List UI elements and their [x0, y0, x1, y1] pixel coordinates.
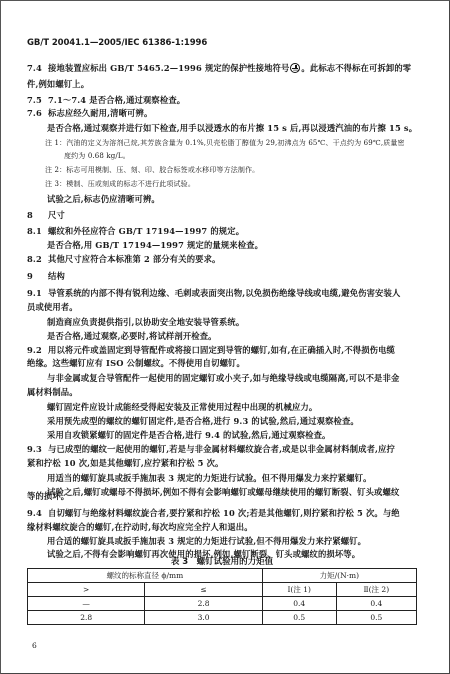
clause-9-2-p4: 采用预先成型的螺纹的螺钉固定件,是否合格,进行 9.3 的试验,然后,通过观察检… — [47, 415, 359, 427]
clause-9-3-p2: 用适当的螺钉旋具或扳手施加表 3 规定的力矩进行试验。但不得用爆发力来拧紧螺钉。 — [47, 472, 372, 484]
clause-9-1-p2: 制造商应负责提供指引,以协助安全地安装导管系统。 — [47, 316, 244, 328]
clause-9-2: 9.2用以将元件或盖固定到导管配件或将接口固定到导管的螺钉,如有,在正确插入时,… — [27, 344, 395, 356]
section-8-heading: 8尺寸 — [27, 209, 65, 221]
clause-9-4-cont: 缘材料螺纹旋合的螺钉,在拧动时,每次均应完全拧人和退出。 — [27, 521, 253, 533]
table-group-header-row: 螺纹的标称直径 ϕ/mm 力矩/(N·m) — [28, 569, 417, 583]
table-cell: 3.0 — [145, 611, 262, 625]
table-3-caption: 表 3 螺钉试验用的力矩值 — [27, 555, 417, 567]
standard-header: GB/T 20041.1—2005/IEC 61386-1:1996 — [27, 38, 207, 48]
clause-9-3-p3-cont: 等的损坏。 — [27, 490, 69, 502]
table-cell: 2.8 — [28, 611, 145, 625]
clause-9-2-p5: 采用自攻锁紧螺钉的固定件是否合格,进行 9.4 的试验,然后,通过观察检查。 — [47, 429, 331, 441]
note-1: 注 1：汽油的定义为溶剂己烷,其芳族含量为 0.1%,贝壳松脂丁醇值为 29,初… — [45, 138, 405, 148]
clause-9-2-p2: 与非金属或复合导管配件一起使用的固定螺钉或小夹子,如与绝缘导线或电缆隔离,可以不… — [47, 372, 399, 384]
clause-8-2: 8.2其他尺寸应符合本标准第 2 部分有关的要求。 — [27, 253, 221, 265]
table-header-le: ≤ — [145, 583, 262, 597]
table-sub-header-row: > ≤ Ⅰ(注 1) Ⅱ(注 2) — [28, 583, 417, 597]
table-cell: 0.4 — [262, 597, 336, 611]
clause-9-4-p2: 用合适的螺钉旋具或扳手施加表 3 规定的力矩进行试验,但不得用爆发力来拧紧螺钉。 — [47, 535, 366, 547]
protective-earth-icon — [290, 63, 300, 73]
clause-9-1: 9.1导管系统的内部不得有锐利边缘、毛刺或表面突出物,以免损伤绝缘导线或电缆,避… — [27, 287, 400, 299]
note-3: 注 3：模制、压或刻成的标志不进行此项试验。 — [45, 179, 195, 189]
table-cell: 0.4 — [336, 597, 416, 611]
clause-7-5: 7.57.1～7.4 是否合格,通过观察检查。 — [27, 94, 185, 106]
clause-9-2-p3: 螺钉固定件应设计成能经受得起安装及正常使用过程中出现的机械应力。 — [47, 401, 317, 413]
clause-7-6-after: 试验之后,标志仍应清晰可辨。 — [47, 193, 160, 205]
clause-8-1-check: 是否合格,用 GB/T 17194—1997 规定的量规来检查。 — [47, 239, 263, 251]
table-cell: — — [28, 597, 145, 611]
clause-9-2-p2-cont: 属材料制品。 — [27, 386, 78, 398]
note-2: 注 2：标志可用模制、压、刻、印、胶合标签或水移印等方法制作。 — [45, 165, 259, 175]
clause-8-1: 8.1螺纹和外径应符合 GB/T 17194—1997 的规定。 — [27, 225, 244, 237]
clause-7-6-check: 是否合格,通过观察并进行如下检查,用手以浸透水的布片擦 15 s 后,再以浸透汽… — [47, 122, 417, 134]
clause-9-3: 9.3与已成型的螺纹一起使用的螺钉,若是与非金属材料螺纹旋合者,或是以非金属材料… — [27, 443, 395, 455]
clause-9-1-cont: 员或使用者。 — [27, 301, 78, 313]
clause-9-1-check: 是否合格,通过观察,必要时,将试样剖开检查。 — [47, 330, 217, 342]
clause-9-3-cont: 紧和拧松 10 次,如是其他螺钉,应拧紧和拧松 5 次。 — [27, 457, 224, 469]
page-number: 6 — [32, 641, 37, 650]
table-row: — 2.8 0.4 0.4 — [28, 597, 417, 611]
section-9-heading: 9结构 — [27, 270, 65, 282]
table-header-gt: > — [28, 583, 145, 597]
table-cell: 0.5 — [336, 611, 416, 625]
clause-9-2-cont: 绝缘。这些螺钉应有 ISO 公制螺纹。不得使用自切螺钉。 — [27, 357, 245, 369]
clause-9-4: 9.4自切螺钉与绝缘材料螺纹旋合者,要拧紧和拧松 10 次;若是其他螺钉,则拧紧… — [27, 507, 400, 519]
table-header-diameter: 螺纹的标称直径 ϕ/mm — [28, 569, 263, 583]
clause-7-4: 7.4接地装置应标出 GB/T 5465.2—1996 规定的保护性接地符号。此… — [27, 62, 411, 74]
clause-9-3-p3: 试验之后,螺钉或螺母不得损坏,例如不得有会影响螺钉或螺母继续使用的螺钉断裂、钉头… — [47, 486, 399, 498]
table-header-torque-i: Ⅰ(注 1) — [262, 583, 336, 597]
clause-7-6: 7.6标志应经久耐用,清晰可辨。 — [27, 107, 152, 119]
note-1-cont: 度约为 0.68 kg/L。 — [64, 151, 130, 161]
torque-table: 螺纹的标称直径 ϕ/mm 力矩/(N·m) > ≤ Ⅰ(注 1) Ⅱ(注 2) … — [27, 568, 417, 625]
table-row: 2.8 3.0 0.5 0.5 — [28, 611, 417, 625]
table-header-torque-ii: Ⅱ(注 2) — [336, 583, 416, 597]
table-header-torque: 力矩/(N·m) — [262, 569, 416, 583]
table-cell: 2.8 — [145, 597, 262, 611]
table-cell: 0.5 — [262, 611, 336, 625]
clause-7-4-cont: 件,例如螺钉上。 — [27, 78, 89, 90]
